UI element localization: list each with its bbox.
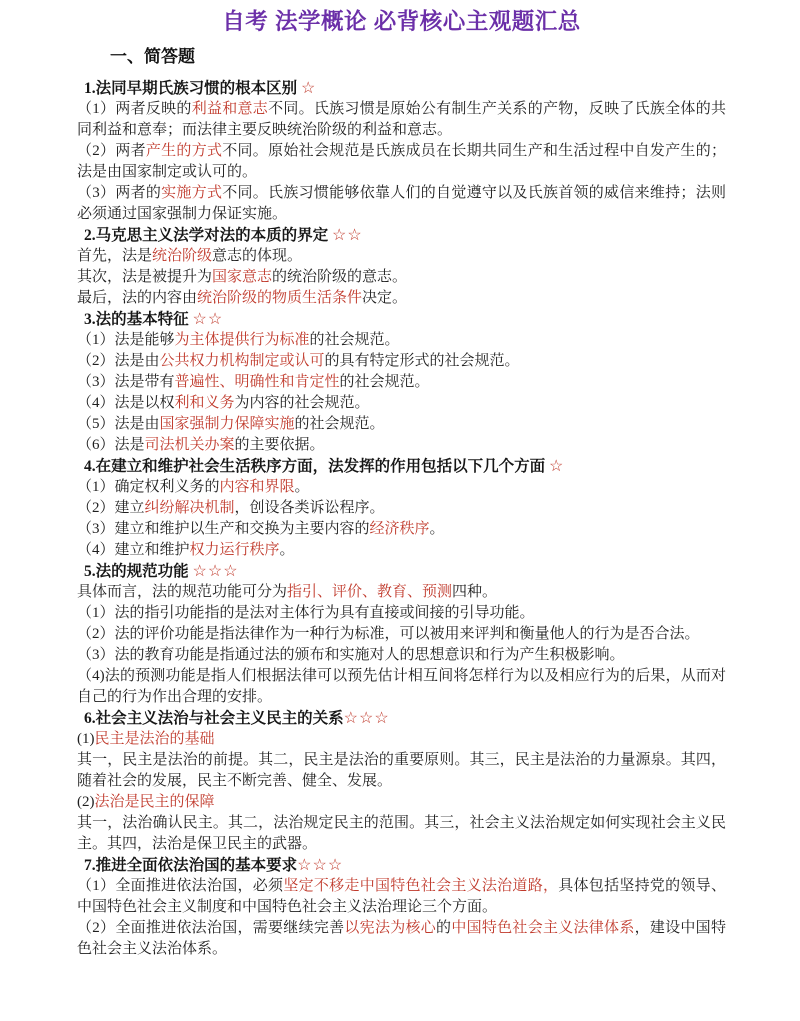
answer-paragraph: （3）法是带有普遍性、明确性和肯定性的社会规范。 [77, 372, 726, 393]
question-block: 6.社会主义法治与社会主义民主的关系☆☆☆(1)民主是法治的基础其一，民主是法治… [77, 708, 726, 855]
body-text: 的 [436, 920, 451, 936]
body-text: （1）法的指引功能指的是法对主体行为具有直接或间接的引导功能。 [77, 605, 535, 621]
body-text: 的主要依据。 [235, 437, 325, 453]
body-text: （4）法是以权 [77, 395, 175, 411]
answer-paragraph: 首先，法是统治阶级意志的体现。 [77, 246, 726, 267]
body-text: 具体而言，法的规范功能可分为 [77, 584, 287, 600]
highlighted-text: 权力运行秩序 [190, 542, 280, 558]
highlighted-text: 利益和意志 [192, 101, 268, 117]
section-heading: 一、简答题 [77, 45, 726, 69]
question-block: 4.在建立和维护社会生活秩序方面，法发挥的作用包括以下几个方面 ☆（1）确定权利… [77, 456, 726, 561]
body-text: （2）法的评价功能是指法律作为一种行为标准，可以被用来评判和衡量他人的行为是否合… [77, 626, 700, 642]
question-heading: 6.社会主义法治与社会主义民主的关系☆☆☆ [77, 708, 726, 729]
highlighted-text: 国家强制力保障实施 [160, 416, 295, 432]
answer-paragraph: 具体而言，法的规范功能可分为指引、评价、教育、预测四种。 [77, 582, 726, 603]
star-rating: ☆☆☆ [193, 563, 239, 580]
qa-list: 1.法同早期氏族习惯的根本区别 ☆（1）两者反映的利益和意志不同。氏族习惯是原始… [77, 78, 726, 960]
body-text: 意志的体现。 [212, 248, 302, 264]
answer-paragraph: （4)法的预测功能是指人们根据法律可以预先估计相互间将怎样行为以及相应行为的后果… [77, 666, 726, 708]
star-rating: ☆☆☆ [344, 710, 390, 727]
highlighted-text: 中国特色社会主义法律体系 [451, 920, 634, 936]
highlighted-text: 普遍性、明确性和肯定性 [175, 374, 340, 390]
body-text: （3）建立和维护以生产和交换为主要内容的 [77, 521, 370, 537]
question-heading: 2.马克思主义法学对法的本质的界定 ☆☆ [77, 225, 726, 246]
highlighted-text: 法治是民主的保障 [95, 794, 215, 810]
answer-paragraph: （2）法的评价功能是指法律作为一种行为标准，可以被用来评判和衡量他人的行为是否合… [77, 624, 726, 645]
star-rating: ☆☆☆ [297, 857, 343, 874]
body-text: 首先，法是 [77, 248, 152, 264]
highlighted-text: 内容和界限 [220, 479, 295, 495]
body-text: （3）法的教育功能是指通过法的颁布和实施对人的思想意识和行为产生积极影响。 [77, 647, 625, 663]
body-text: 的具有特定形式的社会规范。 [325, 353, 520, 369]
highlighted-text: 经济秩序 [370, 521, 430, 537]
body-text: 四种。 [452, 584, 497, 600]
body-text: （4）建立和维护 [77, 542, 190, 558]
question-block: 7.推进全面依法治国的基本要求☆☆☆（1）全面推进依法治国，必须坚定不移走中国特… [77, 855, 726, 960]
question-title: 2.马克思主义法学对法的本质的界定 [84, 227, 332, 244]
answer-paragraph: （1）确定权利义务的内容和界限。 [77, 477, 726, 498]
body-text: （4)法的预测功能是指人们根据法律可以预先估计相互间将怎样行为以及相应行为的后果… [77, 668, 726, 705]
highlighted-text: 国家意志 [212, 269, 272, 285]
answer-paragraph: 其次，法是被提升为国家意志的统治阶级的意志。 [77, 267, 726, 288]
star-rating: ☆ [549, 458, 564, 475]
star-rating: ☆☆ [193, 311, 224, 328]
body-text: (1) [77, 731, 95, 747]
question-heading: 4.在建立和维护社会生活秩序方面，法发挥的作用包括以下几个方面 ☆ [77, 456, 726, 477]
body-text: (2) [77, 794, 95, 810]
answer-paragraph: （1）全面推进依法治国，必须坚定不移走中国特色社会主义法治道路，具体包括坚持党的… [77, 876, 726, 918]
body-text: 其次，法是被提升为 [77, 269, 212, 285]
document-page: 自考 法学概论 必背核心主观题汇总 一、简答题 1.法同早期氏族习惯的根本区别 … [0, 7, 800, 1021]
answer-paragraph: （1）法的指引功能指的是法对主体行为具有直接或间接的引导功能。 [77, 603, 726, 624]
body-text: 。 [430, 521, 445, 537]
highlighted-text: 利和义务 [175, 395, 235, 411]
highlighted-text: 坚定不移走中国特色社会主义法治道路， [283, 878, 558, 894]
answer-paragraph: (1)民主是法治的基础 [77, 729, 726, 750]
answer-paragraph: （2）两者产生的方式不同。原始社会规范是氏族成员在长期共同生产和生活过程中自发产… [77, 141, 726, 183]
body-text: （5）法是由 [77, 416, 160, 432]
answer-paragraph: （2）全面推进依法治国，需要继续完善以宪法为核心的中国特色社会主义法律体系，建设… [77, 918, 726, 960]
question-title: 7.推进全面依法治国的基本要求 [84, 857, 297, 874]
body-text: （2）全面推进依法治国，需要继续完善 [77, 920, 344, 936]
highlighted-text: 统治阶级的物质生活条件 [197, 290, 362, 306]
highlighted-text: 民主是法治的基础 [95, 731, 215, 747]
answer-paragraph: （1）两者反映的利益和意志不同。氏族习惯是原始公有制生产关系的产物，反映了氏族全… [77, 99, 726, 141]
body-text: 决定。 [362, 290, 407, 306]
question-heading: 5.法的规范功能 ☆☆☆ [77, 561, 726, 582]
answer-paragraph: 最后，法的内容由统治阶级的物质生活条件决定。 [77, 288, 726, 309]
question-title: 1.法同早期氏族习惯的根本区别 [84, 80, 301, 97]
body-text: 的统治阶级的意志。 [272, 269, 407, 285]
answer-paragraph: （2）法是由公共权力机构制定或认可的具有特定形式的社会规范。 [77, 351, 726, 372]
answer-paragraph: （3）建立和维护以生产和交换为主要内容的经济秩序。 [77, 519, 726, 540]
body-text: 其一，法治确认民主。其二，法治规定民主的范围。其三，社会主义法治规定如何实现社会… [77, 815, 726, 852]
question-block: 1.法同早期氏族习惯的根本区别 ☆（1）两者反映的利益和意志不同。氏族习惯是原始… [77, 78, 726, 225]
highlighted-text: 为主体提供行为标准 [175, 332, 310, 348]
question-title: 4.在建立和维护社会生活秩序方面，法发挥的作用包括以下几个方面 [84, 458, 549, 475]
body-text: （3）两者的 [77, 185, 161, 201]
highlighted-text: 统治阶级 [152, 248, 212, 264]
body-text: （1）全面推进依法治国，必须 [77, 878, 283, 894]
question-title: 5.法的规范功能 [84, 563, 193, 580]
answer-paragraph: （5）法是由国家强制力保障实施的社会规范。 [77, 414, 726, 435]
answer-paragraph: （4）建立和维护权力运行秩序。 [77, 540, 726, 561]
doc-title: 自考 法学概论 必背核心主观题汇总 [77, 7, 726, 37]
answer-paragraph: 其一，法治确认民主。其二，法治规定民主的范围。其三，社会主义法治规定如何实现社会… [77, 813, 726, 855]
star-rating: ☆☆ [332, 227, 363, 244]
answer-paragraph: （6）法是司法机关办案的主要依据。 [77, 435, 726, 456]
body-text: （2）建立 [77, 500, 145, 516]
body-text: 。 [295, 479, 310, 495]
body-text: （1）确定权利义务的 [77, 479, 220, 495]
question-block: 2.马克思主义法学对法的本质的界定 ☆☆首先，法是统治阶级意志的体现。其次，法是… [77, 225, 726, 309]
body-text: ，创设各类诉讼程序。 [235, 500, 385, 516]
highlighted-text: 指引、评价、教育、预测 [287, 584, 452, 600]
answer-paragraph: (2)法治是民主的保障 [77, 792, 726, 813]
body-text: 的社会规范。 [340, 374, 430, 390]
body-text: 最后，法的内容由 [77, 290, 197, 306]
highlighted-text: 纠纷解决机制 [145, 500, 235, 516]
body-text: （1）两者反映的 [77, 101, 192, 117]
question-heading: 7.推进全面依法治国的基本要求☆☆☆ [77, 855, 726, 876]
question-block: 3.法的基本特征 ☆☆（1）法是能够为主体提供行为标准的社会规范。（2）法是由公… [77, 309, 726, 456]
question-title: 6.社会主义法治与社会主义民主的关系 [84, 710, 344, 727]
question-heading: 1.法同早期氏族习惯的根本区别 ☆ [77, 78, 726, 99]
answer-paragraph: （3）法的教育功能是指通过法的颁布和实施对人的思想意识和行为产生积极影响。 [77, 645, 726, 666]
answer-paragraph: （2）建立纠纷解决机制，创设各类诉讼程序。 [77, 498, 726, 519]
body-text: （3）法是带有 [77, 374, 175, 390]
body-text: 其一，民主是法治的前提。其二，民主是法治的重要原则。其三，民主是法治的力量源泉。… [77, 752, 726, 789]
body-text: 为内容的社会规范。 [235, 395, 370, 411]
highlighted-text: 以宪法为核心 [344, 920, 436, 936]
answer-paragraph: （4）法是以权利和义务为内容的社会规范。 [77, 393, 726, 414]
question-block: 5.法的规范功能 ☆☆☆具体而言，法的规范功能可分为指引、评价、教育、预测四种。… [77, 561, 726, 708]
answer-paragraph: 其一，民主是法治的前提。其二，民主是法治的重要原则。其三，民主是法治的力量源泉。… [77, 750, 726, 792]
highlighted-text: 司法机关办案 [145, 437, 235, 453]
answer-paragraph: （3）两者的实施方式不同。氏族习惯能够依靠人们的自觉遵守以及氏族首领的威信来维持… [77, 183, 726, 225]
star-rating: ☆ [301, 80, 316, 97]
answer-paragraph: （1）法是能够为主体提供行为标准的社会规范。 [77, 330, 726, 351]
body-text: 的社会规范。 [310, 332, 400, 348]
body-text: 。 [280, 542, 295, 558]
body-text: （6）法是 [77, 437, 145, 453]
highlighted-text: 公共权力机构制定或认可 [160, 353, 325, 369]
body-text: （2）两者 [77, 143, 146, 159]
question-heading: 3.法的基本特征 ☆☆ [77, 309, 726, 330]
body-text: （2）法是由 [77, 353, 160, 369]
body-text: （1）法是能够 [77, 332, 175, 348]
highlighted-text: 产生的方式 [146, 143, 222, 159]
body-text: 的社会规范。 [295, 416, 385, 432]
highlighted-text: 实施方式 [161, 185, 222, 201]
question-title: 3.法的基本特征 [84, 311, 193, 328]
